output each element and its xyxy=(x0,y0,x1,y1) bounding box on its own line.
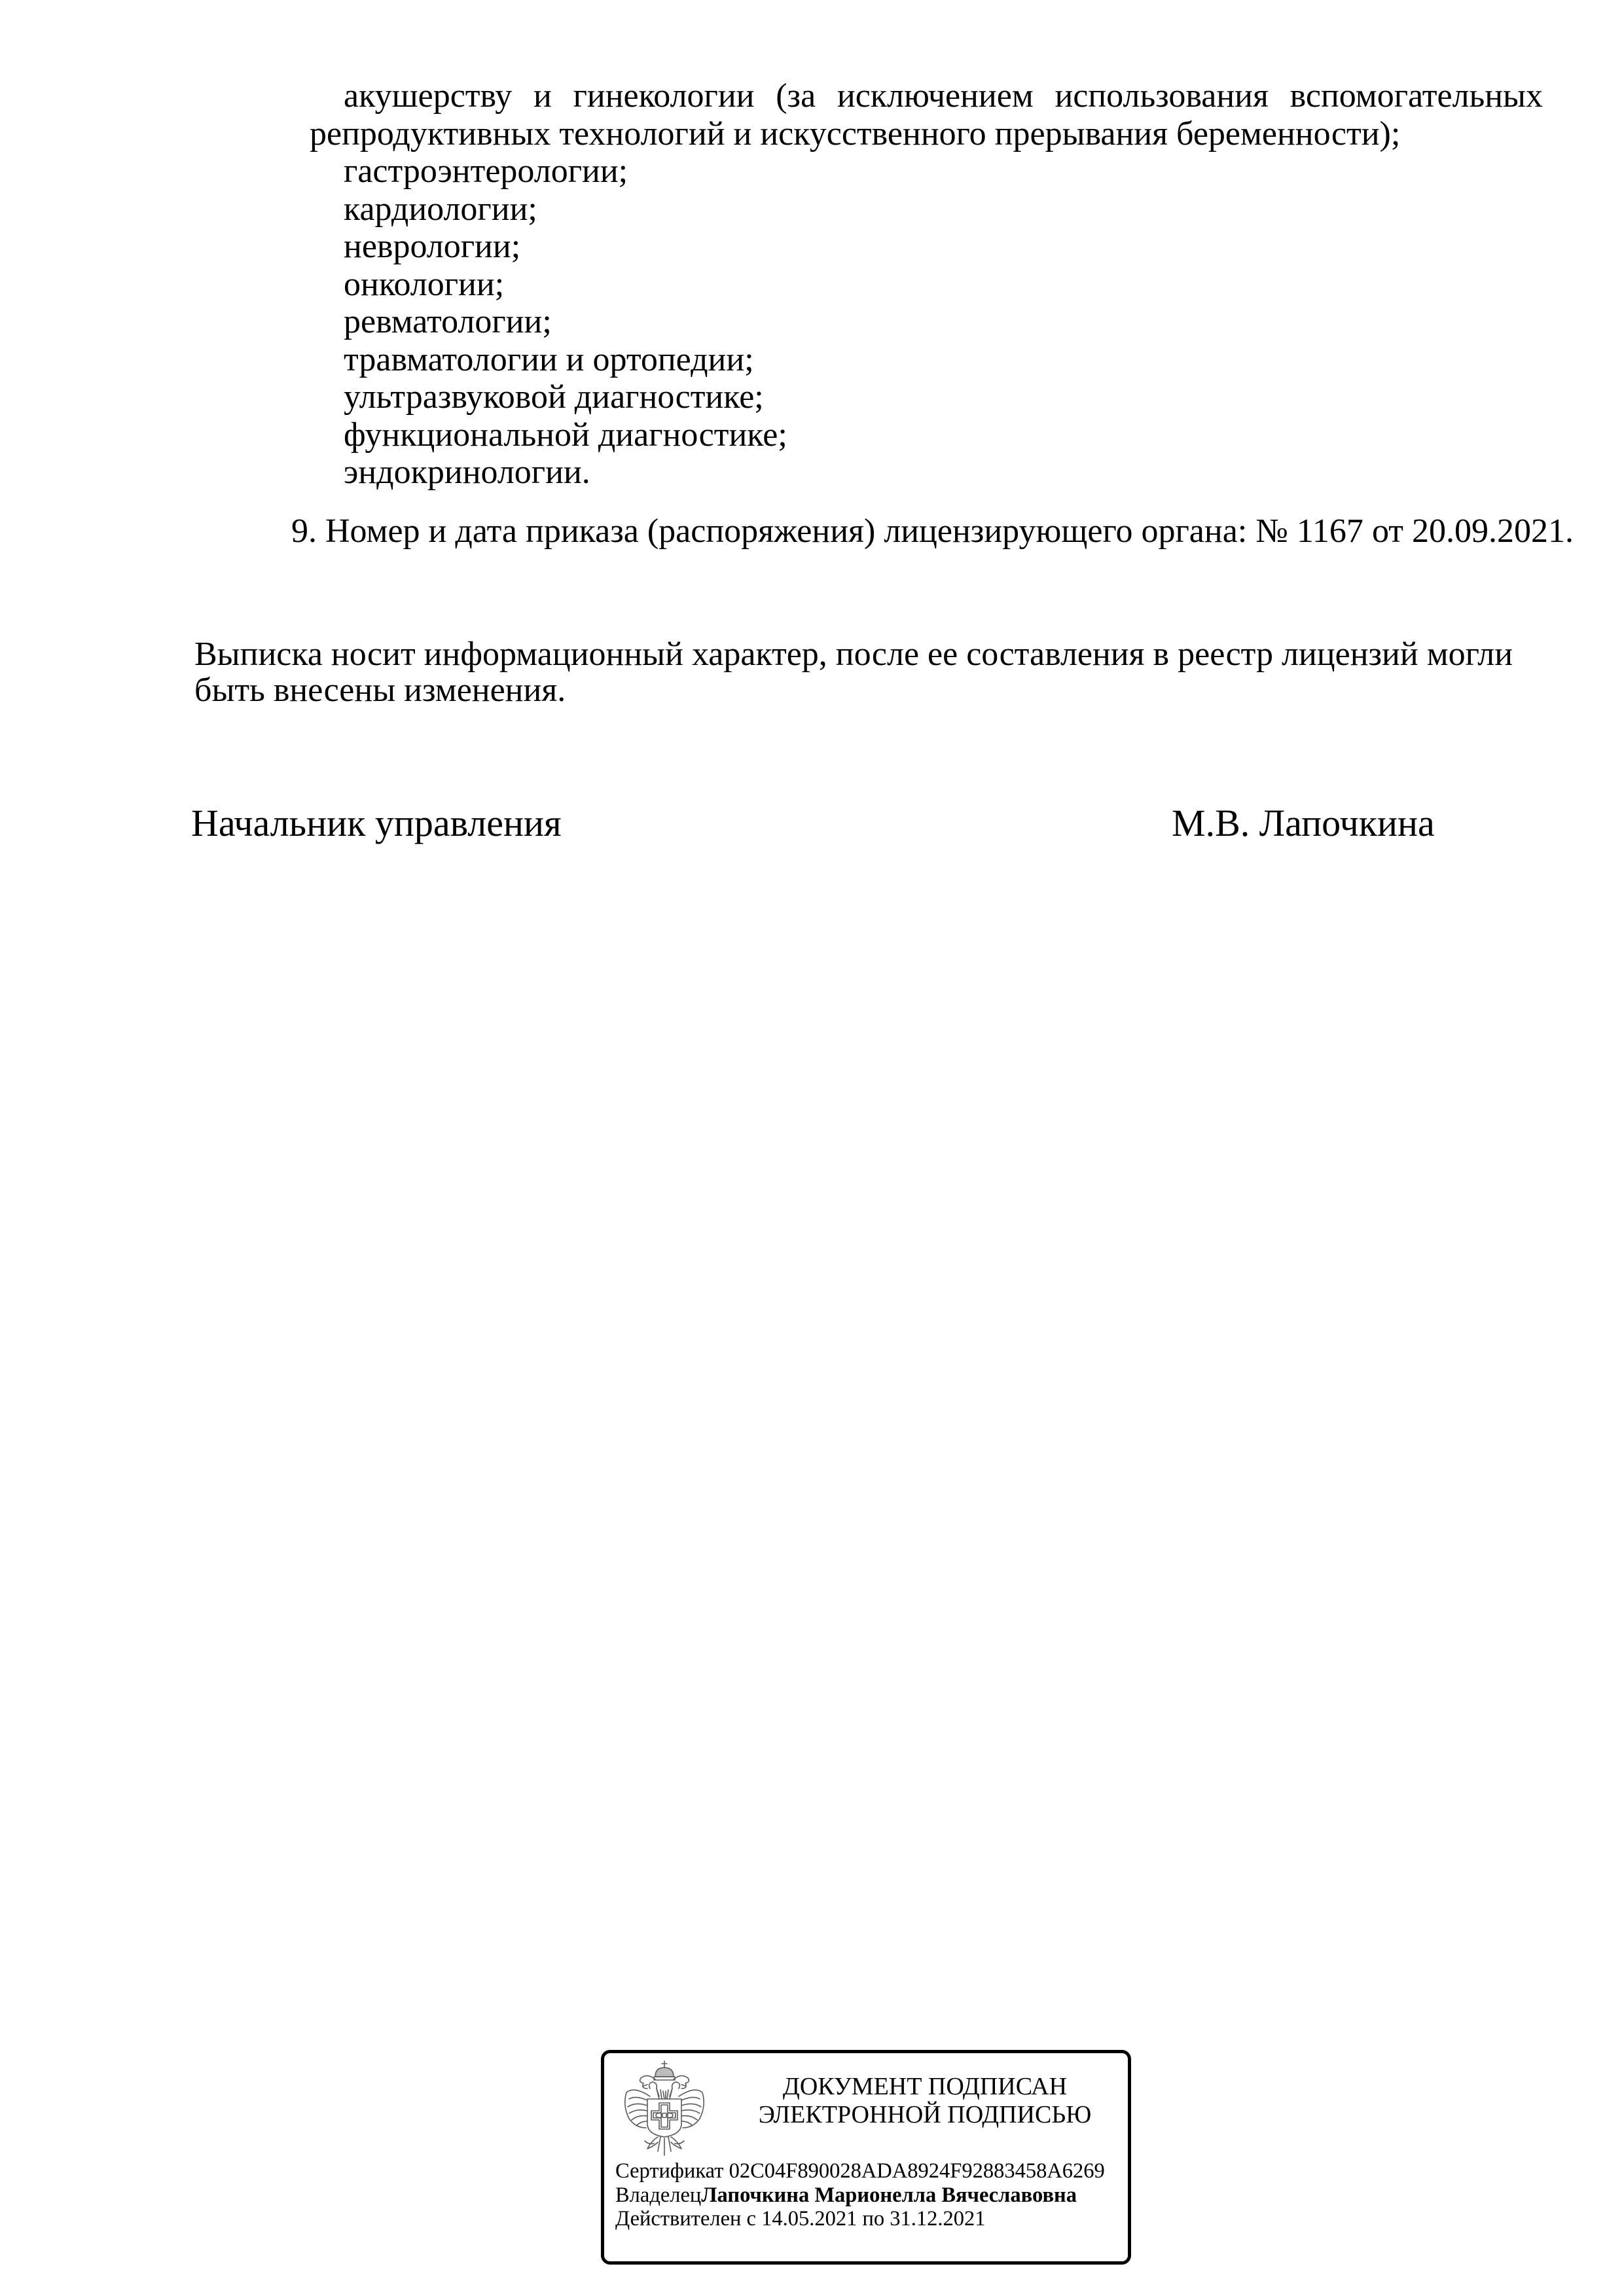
validity-row: Действителен с 14.05.2021 по 31.12.2021 xyxy=(615,2207,1105,2231)
stamp-heading-line1: ДОКУМЕНТ ПОДПИСАН xyxy=(729,2073,1121,2101)
electronic-signature-stamp: ДОКУМЕНТ ПОДПИСАН ЭЛЕКТРОННОЙ ПОДПИСЬЮ С… xyxy=(601,2050,1131,2265)
activity-item: травматологии и ортопедии; xyxy=(310,341,1543,379)
activity-item: акушерству и гинекологии (за исключением… xyxy=(310,77,1543,152)
order-date: 20.09.2021. xyxy=(1412,512,1574,550)
certificate-label: Сертификат xyxy=(615,2159,723,2183)
activity-item: кардиологии; xyxy=(310,190,1543,228)
stamp-details: Сертификат 02C04F890028ADA8924F92883458A… xyxy=(615,2159,1105,2231)
certificate-value: 02C04F890028ADA8924F92883458A6269 xyxy=(729,2159,1105,2183)
signatory-name: М.В. Лапочкина xyxy=(1172,804,1435,843)
licensed-activities-list: акушерству и гинекологии (за исключением… xyxy=(310,77,1543,492)
stamp-heading: ДОКУМЕНТ ПОДПИСАН ЭЛЕКТРОННОЙ ПОДПИСЬЮ xyxy=(729,2073,1121,2129)
order-date-prefix: от xyxy=(1372,512,1403,550)
owner-row: ВладелецЛапочкина Марионелла Вячеславовн… xyxy=(615,2183,1105,2208)
activity-item: ультразвуковой диагностике; xyxy=(310,378,1543,416)
order-number-and-date: 9. Номер и дата приказа (распоряжения) л… xyxy=(291,512,1574,550)
stamp-heading-line2: ЭЛЕКТРОННОЙ ПОДПИСЬЮ xyxy=(729,2101,1121,2129)
order-number: № 1167 xyxy=(1255,512,1363,550)
activity-item: гастроэнтерологии; xyxy=(310,152,1543,190)
signatory-title: Начальник управления xyxy=(191,804,562,843)
coat-of-arms-emblem-icon xyxy=(621,2060,708,2159)
document-page: акушерству и гинекологии (за исключением… xyxy=(0,0,1624,2296)
activity-item: функциональной диагностике; xyxy=(310,416,1543,454)
owner-label: Владелец xyxy=(615,2183,701,2207)
informational-note: Выписка носит информационный характер, п… xyxy=(194,636,1556,708)
validity-to-label: по xyxy=(862,2207,884,2231)
valid-from: 14.05.2021 xyxy=(761,2207,857,2231)
section-number: 9. xyxy=(291,512,317,550)
valid-to: 31.12.2021 xyxy=(890,2207,985,2231)
validity-label: Действителен с xyxy=(615,2207,756,2231)
activity-item: ревматологии; xyxy=(310,303,1543,341)
activity-item: онкологии; xyxy=(310,266,1543,304)
owner-name: Лапочкина Марионелла Вячеславовна xyxy=(701,2183,1077,2207)
section-label: Номер и дата приказа (распоряжения) лице… xyxy=(325,512,1247,550)
certificate-row: Сертификат 02C04F890028ADA8924F92883458A… xyxy=(615,2159,1105,2183)
activity-item: эндокринологии. xyxy=(310,454,1543,492)
activity-item: неврологии; xyxy=(310,228,1543,266)
